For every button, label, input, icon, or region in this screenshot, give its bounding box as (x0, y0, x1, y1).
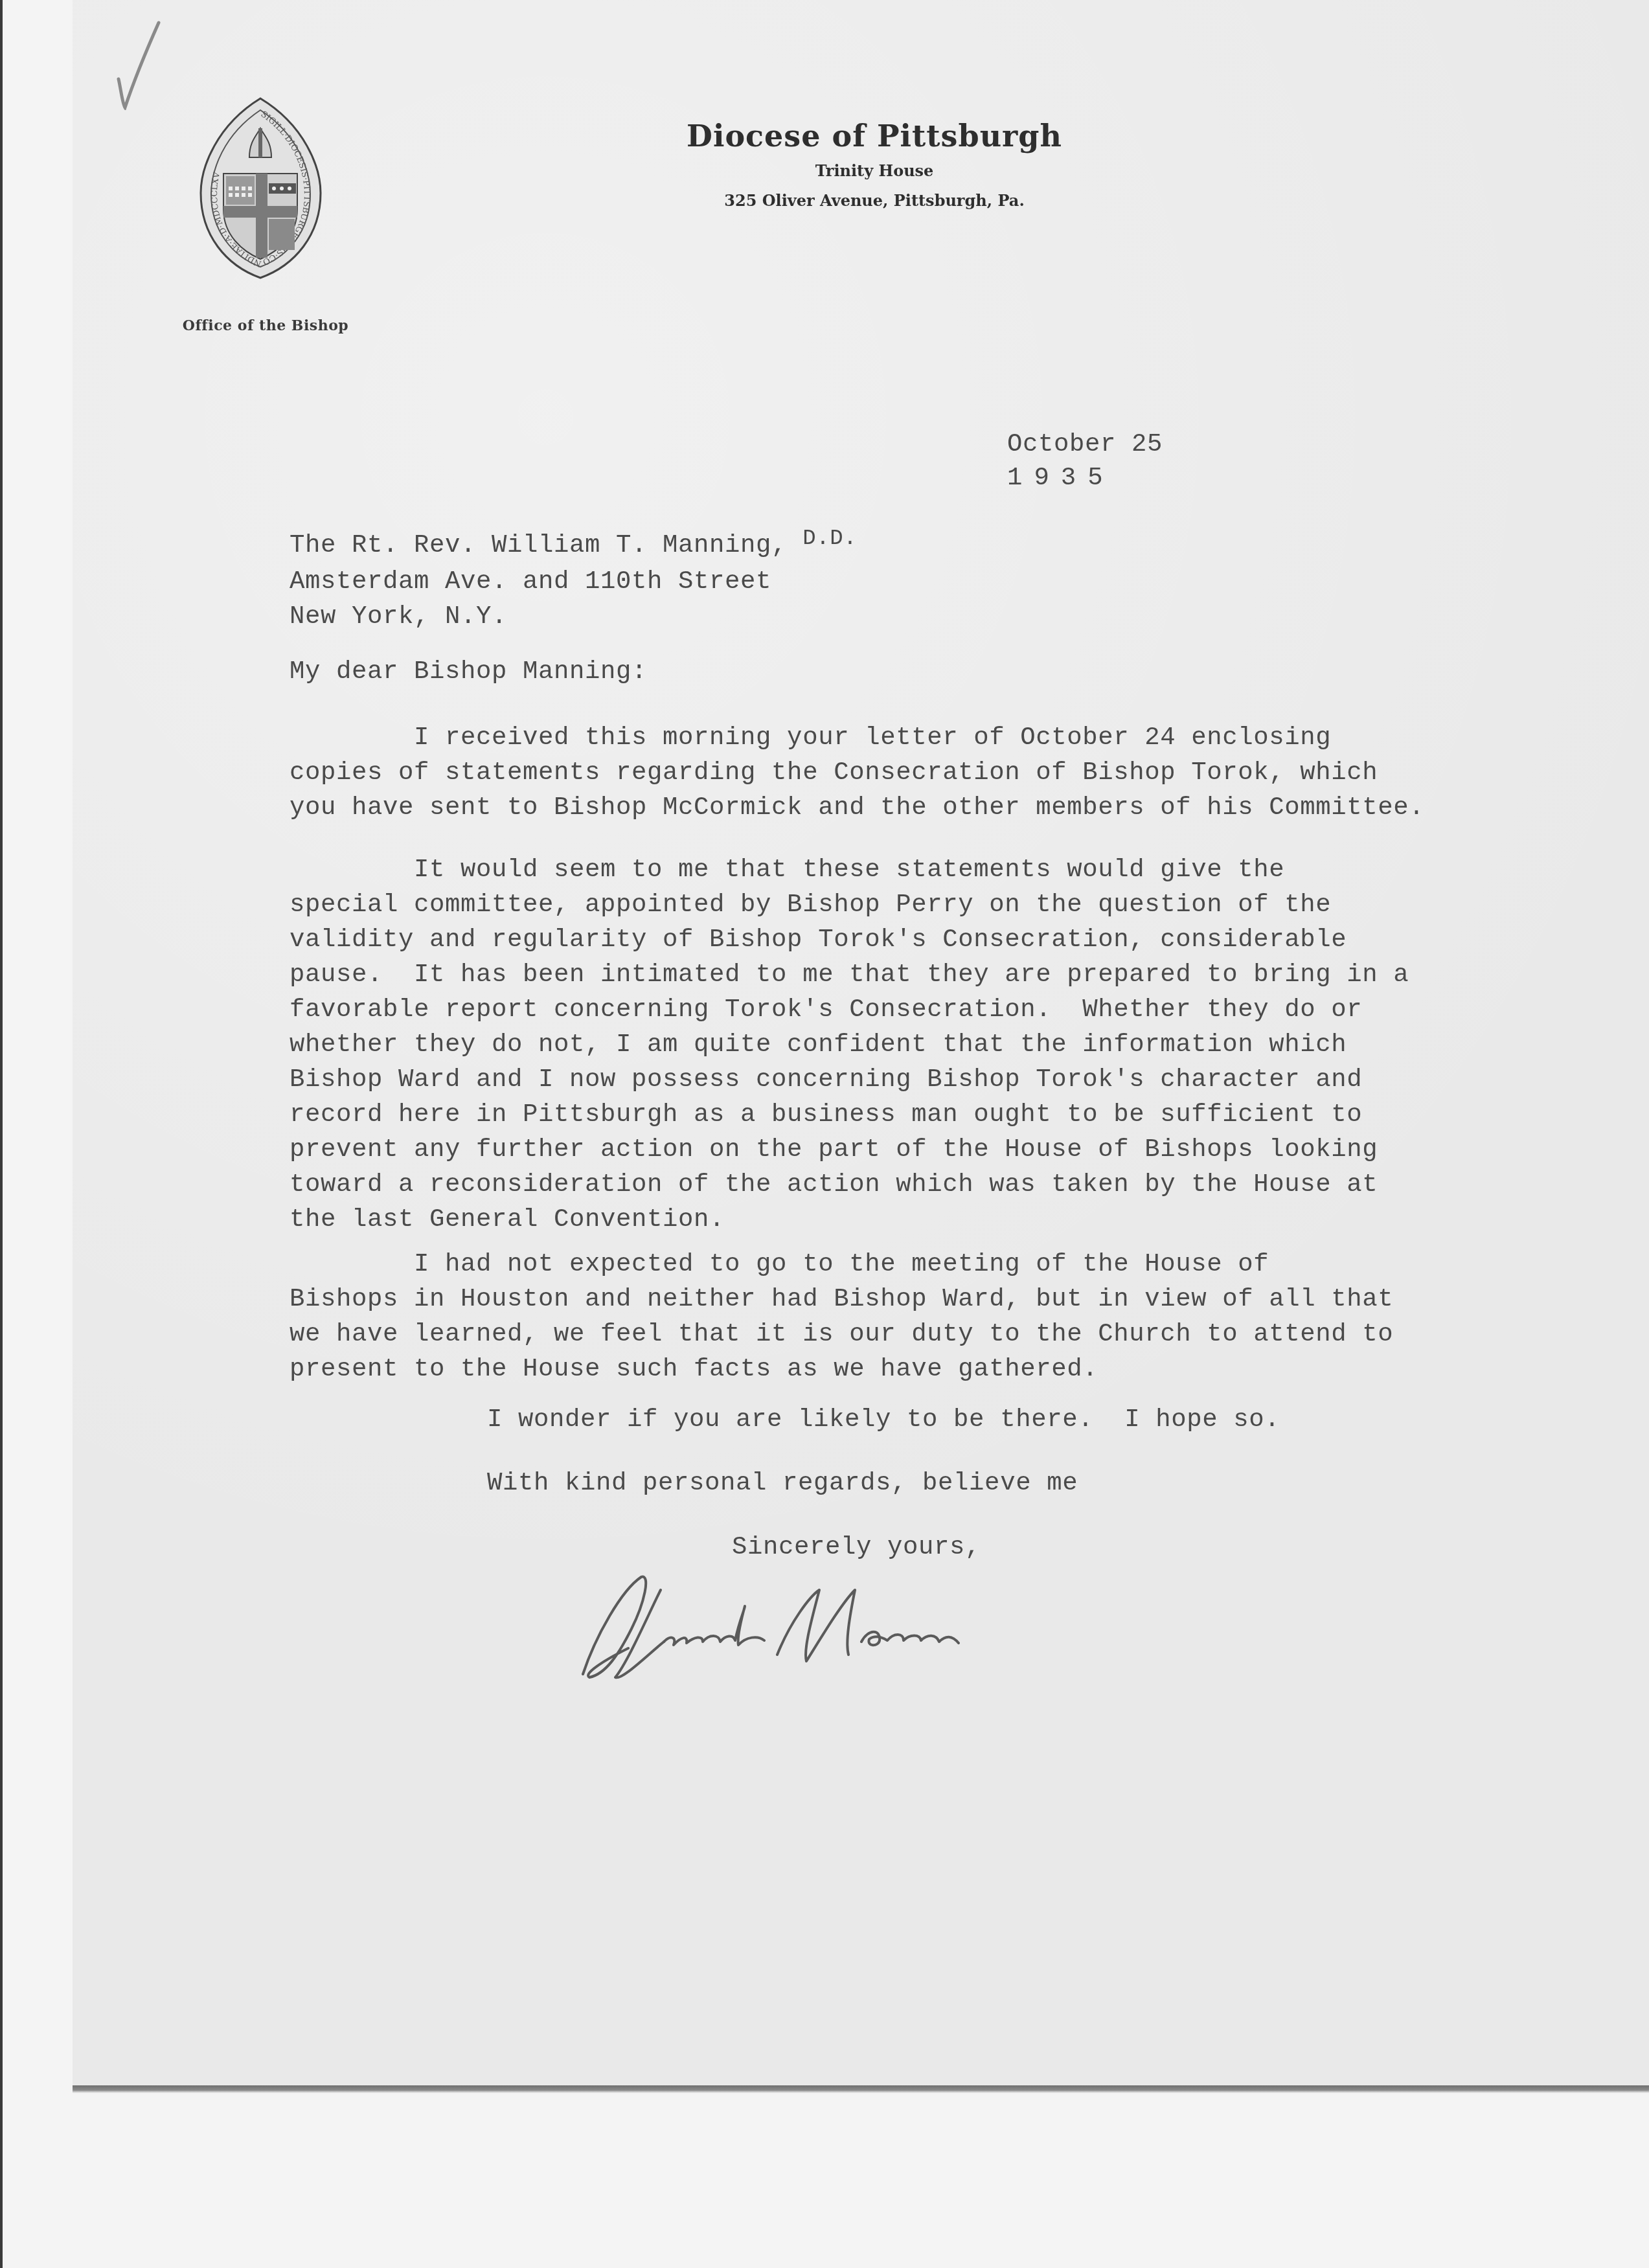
recipient-name: The Rt. Rev. William T. Manning, (290, 531, 802, 560)
recipient-name-line: The Rt. Rev. William T. Manning, D.D. (290, 528, 857, 564)
paragraph-line: Bishop Ward and I now possess concerning… (290, 1062, 1409, 1097)
paragraph-line: Bishops in Houston and neither had Bisho… (290, 1282, 1393, 1317)
paragraph-line: validity and regularity of Bishop Torok'… (290, 922, 1409, 957)
paragraph-line: toward a reconsideration of the action w… (290, 1167, 1409, 1202)
recipient-address-line-1: Amsterdam Ave. and 110th Street (290, 564, 857, 599)
date-month-day: October 25 (1007, 427, 1163, 461)
paragraph-line: special committee, appointed by Bishop P… (290, 887, 1409, 922)
letter-date: October 251935 (1007, 427, 1163, 495)
paragraph-line: the last General Convention. (290, 1202, 1409, 1237)
paragraph-line: record here in Pittsburgh as a business … (290, 1097, 1409, 1132)
body-paragraph-1: I received this morning your letter of O… (290, 720, 1424, 825)
scanner-edge (0, 0, 3, 2268)
salutation: My dear Bishop Manning: (290, 654, 647, 689)
paragraph-line: you have sent to Bishop McCormick and th… (290, 790, 1424, 825)
paragraph-line: present to the House such facts as we ha… (290, 1352, 1393, 1387)
paragraph-line: pause. It has been intimated to me that … (290, 957, 1409, 992)
paragraph-line: we have learned, we feel that it is our … (290, 1317, 1393, 1352)
date-year: 1935 (1007, 461, 1163, 495)
pencil-check-mark-icon (113, 19, 165, 110)
organization-name: Diocese of Pittsburgh (648, 117, 1101, 155)
paragraph-line: copies of statements regarding the Conse… (290, 755, 1424, 790)
paragraph-line: I had not expected to go to the meeting … (290, 1247, 1393, 1282)
building-name: Trinity House (648, 158, 1101, 184)
organization-address: 325 Oliver Avenue, Pittsburgh, Pa. (648, 188, 1101, 214)
recipient-degree: D.D. (802, 527, 857, 551)
paragraph-line: prevent any further action on the part o… (290, 1132, 1409, 1167)
office-of-the-bishop-label: Office of the Bishop (175, 317, 356, 334)
letterhead: Diocese of Pittsburgh Trinity House 325 … (648, 117, 1101, 214)
paragraph-line: whether they do not, I am quite confiden… (290, 1027, 1409, 1062)
closing-line: With kind personal regards, believe me (487, 1466, 1078, 1501)
diocesan-seal-icon: SIGILL·DIOCESIS·PITTSBURGENSIS·CONDITAE·… (198, 96, 324, 280)
paragraph-line: favorable report concerning Torok's Cons… (290, 992, 1409, 1027)
complimentary-close: Sincerely yours, (732, 1530, 981, 1565)
body-paragraph-4: I wonder if you are likely to be there. … (487, 1402, 1280, 1437)
body-paragraph-3: I had not expected to go to the meeting … (290, 1247, 1393, 1387)
page-shadow (73, 2085, 1649, 2093)
paragraph-line: It would seem to me that these statement… (290, 852, 1409, 887)
inside-address: The Rt. Rev. William T. Manning, D.D.Ams… (290, 528, 857, 634)
handwritten-signature-icon (570, 1564, 1334, 1694)
recipient-address-line-2: New York, N.Y. (290, 599, 857, 634)
body-paragraph-2: It would seem to me that these statement… (290, 852, 1409, 1237)
paragraph-line: I received this morning your letter of O… (290, 720, 1424, 755)
